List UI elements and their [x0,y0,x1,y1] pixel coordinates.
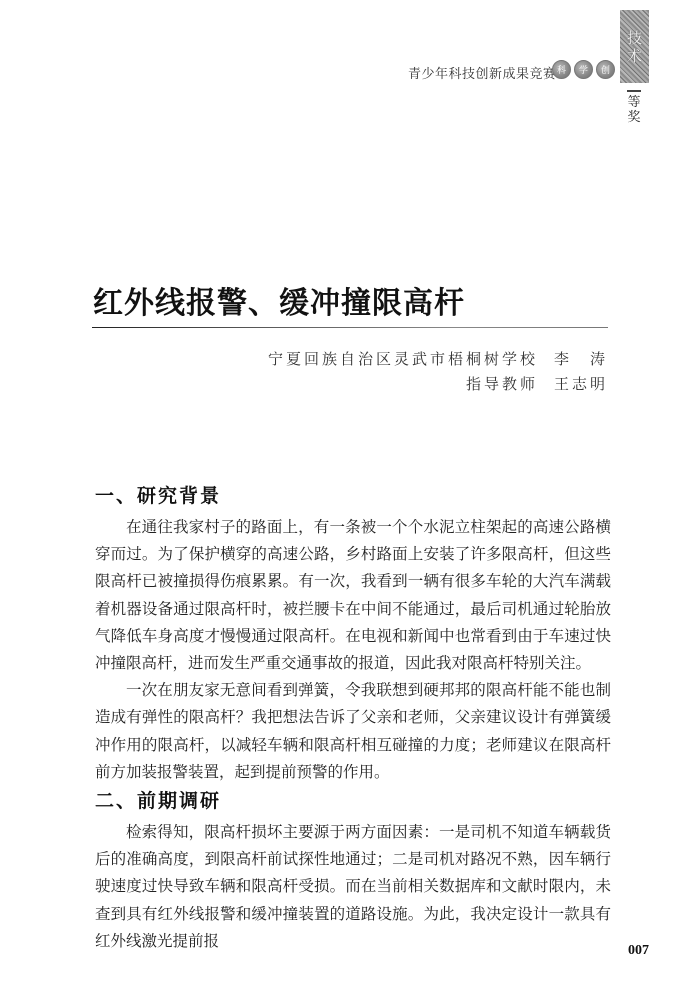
seal-icon: 科 [552,60,571,79]
running-header-title: 青少年科技创新成果竞赛 [408,63,557,82]
advisor-name: 王志明 [554,373,608,394]
section-body-background: 在通往我家村子的路面上，有一条被一个个水泥立柱架起的高速公路横穿而过。为了保护横… [95,514,611,786]
paragraph: 检索得知，限高杆损坏主要源于两方面因素：一是司机不知道车辆载货后的准确高度，到限… [95,819,611,955]
advisor-line: 指导教师 王志明 [466,373,608,394]
author-name: 李 涛 [554,348,608,369]
seal-icon: 创 [596,60,615,79]
category-banner: 技 术 [620,10,649,83]
advisor-label: 指导教师 [466,373,538,394]
award-char: 奖 [626,110,642,125]
author-school: 宁夏回族自治区灵武市梧桐树学校 [268,348,538,369]
award-dash-icon [627,90,641,92]
article-title: 红外线报警、缓冲撞限高杆 [93,278,465,322]
section-heading-research: 二、前期调研 [95,786,221,813]
banner-char: 术 [627,47,642,65]
seal-group: 科 学 创 [552,60,615,79]
award-char: 等 [626,95,642,110]
author-line: 宁夏回族自治区灵武市梧桐树学校 李 涛 [268,348,608,369]
section-body-research: 检索得知，限高杆损坏主要源于两方面因素：一是司机不知道车辆载货后的准确高度，到限… [95,819,611,955]
award-label: 等 奖 [626,95,642,125]
section-heading-background: 一、研究背景 [95,481,221,508]
paragraph: 一次在朋友家无意间看到弹簧，令我联想到硬邦邦的限高杆能不能也制造成有弹性的限高杆… [95,677,611,786]
seal-icon: 学 [574,60,593,79]
paragraph: 在通往我家村子的路面上，有一条被一个个水泥立柱架起的高速公路横穿而过。为了保护横… [95,514,611,677]
banner-char: 技 [627,29,642,47]
title-divider [92,327,608,328]
page-number: 007 [628,943,649,959]
